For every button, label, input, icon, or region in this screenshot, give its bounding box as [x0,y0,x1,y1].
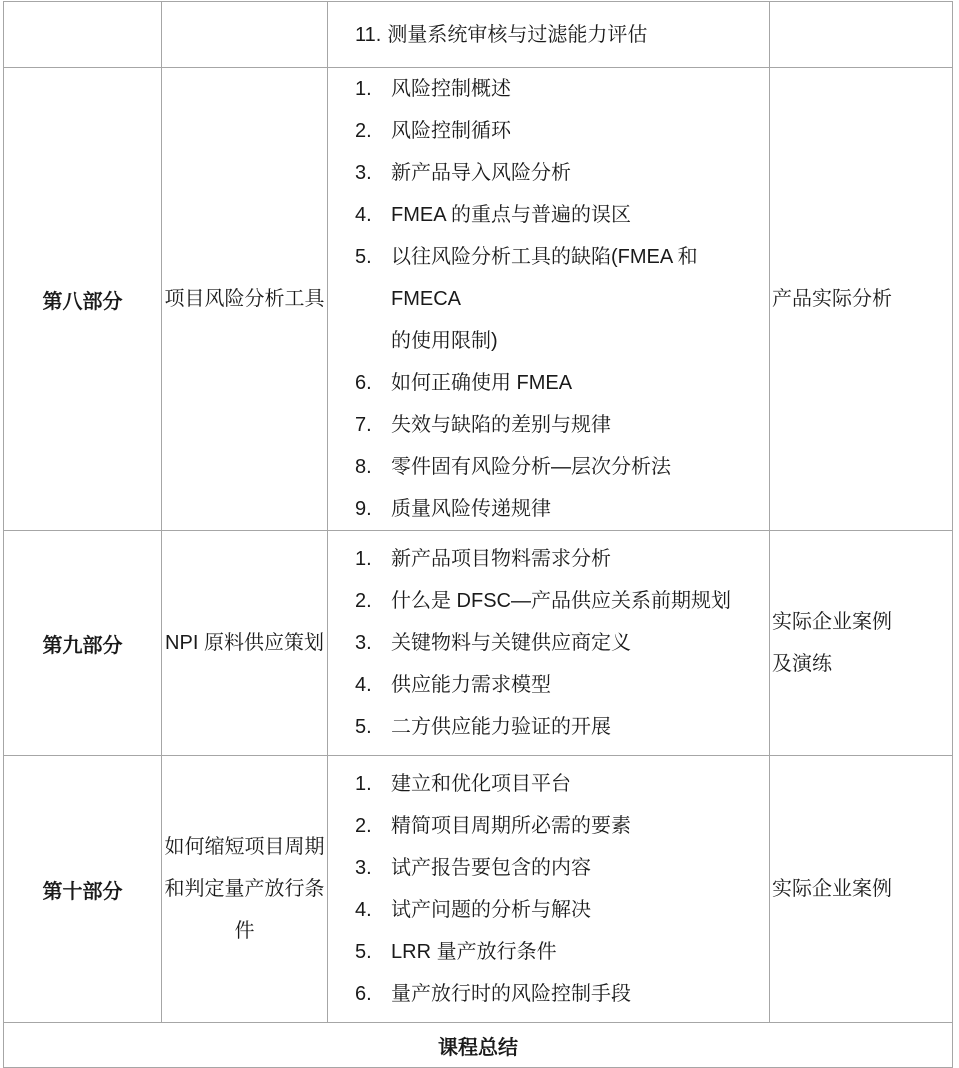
list-item: 5. 二方供应能力验证的开展 [328,706,769,748]
list-item-number: 9. [355,488,391,530]
list-item-text: 精简项目周期所必需的要素 [391,805,769,847]
list-item-number: 5. [355,706,391,748]
list-item: 1. 风险控制概述 [328,68,769,110]
list-item-text: FMEA 的重点与普遍的误区 [391,194,769,236]
table-row-part10: 第十部分 如何缩短项目周期 和判定量产放行条 件 1. 建立和优化项目平台 2.… [4,756,953,1023]
remark-cell: 实际企业案例 及演练 [770,531,953,756]
list-item-text: 测量系统审核与过滤能力评估 [387,14,769,56]
list-item: 1. 建立和优化项目平台 [328,763,769,805]
list-item-number: 11. [355,14,381,56]
table-row-footer: 课程总结 [4,1023,953,1068]
table-row-part9: 第九部分 NPI 原料供应策划 1. 新产品项目物料需求分析 2. 什么是 DF… [4,531,953,756]
list-item-number: 3. [355,152,391,194]
content-cell: 1. 新产品项目物料需求分析 2. 什么是 DFSC—产品供应关系前期规划 3.… [328,531,770,756]
list-item-number: 6. [355,362,391,404]
list-item-text: 风险控制循环 [391,110,769,152]
list-item-number: 8. [355,446,391,488]
topic-cell [162,2,328,68]
list-item-text: 如何正确使用 FMEA [391,362,769,404]
list-item: 5. 以往风险分析工具的缺陷(FMEA 和 FMECA 的使用限制) [328,236,769,362]
table-row-part8: 第八部分 项目风险分析工具 1. 风险控制概述 2. 风险控制循环 3. [4,68,953,531]
section-cell: 第十部分 [4,756,162,1023]
list-item: 3. 新产品导入风险分析 [328,152,769,194]
content-list: 1. 风险控制概述 2. 风险控制循环 3. 新产品导入风险分析 4. FMEA… [328,68,769,530]
list-item-text: 二方供应能力验证的开展 [391,706,769,748]
topic-cell: 如何缩短项目周期 和判定量产放行条 件 [162,756,328,1023]
topic-cell: NPI 原料供应策划 [162,531,328,756]
list-item-number: 4. [355,889,391,931]
list-item: 6. 量产放行时的风险控制手段 [328,973,769,1015]
list-item: 3. 关键物料与关键供应商定义 [328,622,769,664]
list-item-number: 1. [355,763,391,805]
remark-label: 实际企业案例 [770,868,952,910]
list-item-text: 试产问题的分析与解决 [391,889,769,931]
list-item-number: 6. [355,973,391,1015]
course-outline-table: 11. 测量系统审核与过滤能力评估 第八部分 项目风险分析工具 1. [3,1,953,1068]
content-list: 11. 测量系统审核与过滤能力评估 [328,14,769,56]
list-item: 4. 试产问题的分析与解决 [328,889,769,931]
list-item-number: 1. [355,538,391,580]
table-row-continuation: 11. 测量系统审核与过滤能力评估 [4,2,953,68]
topic-label: NPI 原料供应策划 [162,622,327,664]
list-item-number: 3. [355,622,391,664]
content-cell: 1. 风险控制概述 2. 风险控制循环 3. 新产品导入风险分析 4. FMEA… [328,68,770,531]
topic-label: 项目风险分析工具 [162,278,327,320]
content-cell: 1. 建立和优化项目平台 2. 精简项目周期所必需的要素 3. 试产报告要包含的… [328,756,770,1023]
list-item: 11. 测量系统审核与过滤能力评估 [328,14,769,56]
section-label: 第十部分 [4,875,161,904]
list-item-text: 新产品项目物料需求分析 [391,538,769,580]
remark-cell: 实际企业案例 [770,756,953,1023]
topic-cell: 项目风险分析工具 [162,68,328,531]
list-item-text: 供应能力需求模型 [391,664,769,706]
list-item-number: 4. [355,194,391,236]
list-item-number: 2. [355,110,391,152]
list-item-text: 关键物料与关键供应商定义 [391,622,769,664]
list-item: 6. 如何正确使用 FMEA [328,362,769,404]
content-list: 1. 新产品项目物料需求分析 2. 什么是 DFSC—产品供应关系前期规划 3.… [328,538,769,748]
remark-label: 产品实际分析 [770,278,952,320]
list-item-number: 5. [355,931,391,973]
section-cell: 第八部分 [4,68,162,531]
list-item: 7. 失效与缺陷的差别与规律 [328,404,769,446]
list-item: 1. 新产品项目物料需求分析 [328,538,769,580]
footer-cell: 课程总结 [4,1023,953,1068]
list-item-text: 什么是 DFSC—产品供应关系前期规划 [391,580,769,622]
list-item-number: 3. [355,847,391,889]
list-item-text: 质量风险传递规律 [391,488,769,530]
list-item-number: 2. [355,805,391,847]
list-item-text: LRR 量产放行条件 [391,931,769,973]
list-item: 2. 风险控制循环 [328,110,769,152]
list-item: 8. 零件固有风险分析—层次分析法 [328,446,769,488]
content-list: 1. 建立和优化项目平台 2. 精简项目周期所必需的要素 3. 试产报告要包含的… [328,763,769,1015]
list-item-number: 4. [355,664,391,706]
course-summary-label: 课程总结 [4,1031,952,1060]
list-item-text: 以往风险分析工具的缺陷(FMEA 和 FMECA 的使用限制) [391,236,769,362]
remark-label: 实际企业案例 及演练 [770,601,952,685]
section-cell [4,2,162,68]
document-page: 11. 测量系统审核与过滤能力评估 第八部分 项目风险分析工具 1. [3,1,953,1068]
list-item: 3. 试产报告要包含的内容 [328,847,769,889]
remark-cell: 产品实际分析 [770,68,953,531]
list-item-text: 失效与缺陷的差别与规律 [391,404,769,446]
remark-cell [770,2,953,68]
list-item-text: 风险控制概述 [391,68,769,110]
list-item: 2. 什么是 DFSC—产品供应关系前期规划 [328,580,769,622]
list-item-text: 新产品导入风险分析 [391,152,769,194]
list-item: 5. LRR 量产放行条件 [328,931,769,973]
list-item-text: 试产报告要包含的内容 [391,847,769,889]
list-item-text: 建立和优化项目平台 [391,763,769,805]
list-item-number: 7. [355,404,391,446]
list-item: 4. FMEA 的重点与普遍的误区 [328,194,769,236]
list-item-text: 零件固有风险分析—层次分析法 [391,446,769,488]
list-item: 2. 精简项目周期所必需的要素 [328,805,769,847]
topic-label: 如何缩短项目周期 和判定量产放行条 件 [162,826,327,952]
section-cell: 第九部分 [4,531,162,756]
list-item: 4. 供应能力需求模型 [328,664,769,706]
list-item-text: 量产放行时的风险控制手段 [391,973,769,1015]
content-cell: 11. 测量系统审核与过滤能力评估 [328,2,770,68]
list-item-number: 2. [355,580,391,622]
section-label: 第八部分 [4,285,161,314]
list-item-number: 1. [355,68,391,110]
list-item-number: 5. [355,236,391,278]
section-label: 第九部分 [4,629,161,658]
list-item: 9. 质量风险传递规律 [328,488,769,530]
